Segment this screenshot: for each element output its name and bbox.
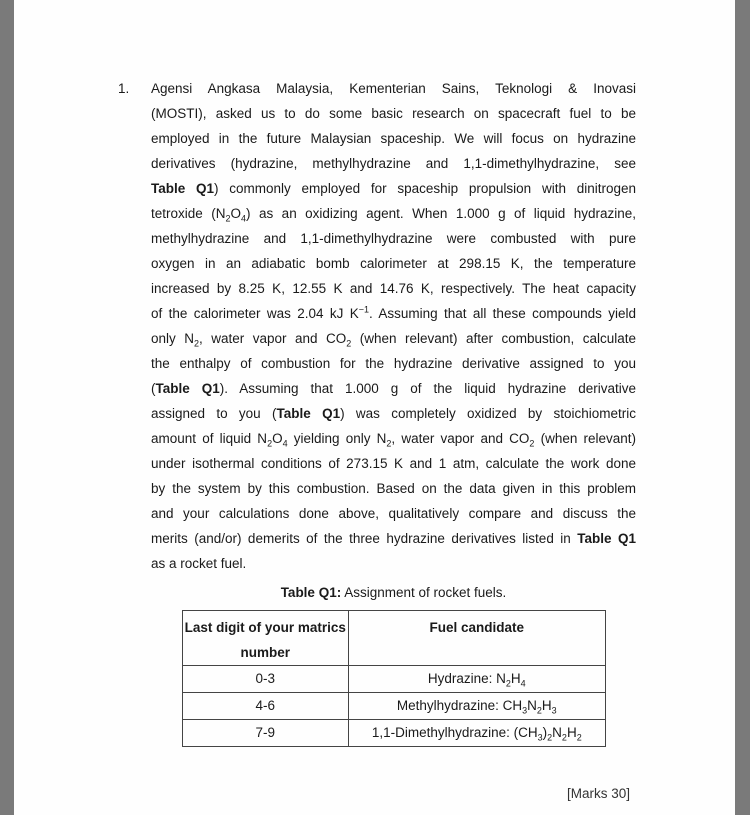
header-last-digit: Last digit of your matrics number — [183, 611, 349, 666]
digit-range-cell: 4-6 — [183, 693, 349, 720]
text-line: as a rocket fuel. — [151, 551, 636, 576]
digit-range-cell: 0-3 — [183, 666, 349, 693]
text-line: merits (and/or) demerits of the three hy… — [151, 526, 636, 551]
table-caption-label: Table Q1: — [281, 585, 342, 600]
text-line: tetroxide (N2O4) as an oxidizing agent. … — [151, 201, 636, 226]
text-line: assigned to you (Table Q1) was completel… — [151, 401, 636, 426]
table-row: 4-6Methylhydrazine: CH3N2H3 — [183, 693, 606, 720]
text-line: Table Q1) commonly employed for spaceshi… — [151, 176, 636, 201]
text-line: the enthalpy of combustion for the hydra… — [151, 351, 636, 376]
text-line: (MOSTI), asked us to do some basic resea… — [151, 101, 636, 126]
text-line: of the calorimeter was 2.04 kJ K−1. Assu… — [151, 301, 636, 326]
question-text: Agensi Angkasa Malaysia, Kementerian Sai… — [151, 76, 636, 576]
fuel-candidate-cell: Methylhydrazine: CH3N2H3 — [348, 693, 605, 720]
text-line: Agensi Angkasa Malaysia, Kementerian Sai… — [151, 76, 636, 101]
text-line: only N2, water vapor and CO2 (when relev… — [151, 326, 636, 351]
header-fuel-candidate: Fuel candidate — [348, 611, 605, 666]
text-line: by the system by this combustion. Based … — [151, 476, 636, 501]
digit-range-cell: 7-9 — [183, 720, 349, 747]
table-header-row: Last digit of your matrics number Fuel c… — [183, 611, 606, 666]
text-line: derivatives (hydrazine, methylhydrazine … — [151, 151, 636, 176]
document-page: 1. Agensi Angkasa Malaysia, Kementerian … — [14, 0, 735, 815]
fuel-candidate-cell: 1,1-Dimethylhydrazine: (CH3)2N2H2 — [348, 720, 605, 747]
text-line: employed in the future Malaysian spacesh… — [151, 126, 636, 151]
table-caption: Table Q1: Assignment of rocket fuels. — [182, 585, 605, 600]
text-line: methylhydrazine and 1,1-dimethylhydrazin… — [151, 226, 636, 251]
marks-label: [Marks 30] — [567, 786, 630, 801]
text-line: (Table Q1). Assuming that 1.000 g of the… — [151, 376, 636, 401]
fuel-assignment-table: Last digit of your matrics number Fuel c… — [182, 610, 606, 747]
question-number: 1. — [118, 76, 129, 101]
text-line: amount of liquid N2O4 yielding only N2, … — [151, 426, 636, 451]
text-line: and your calculations done above, qualit… — [151, 501, 636, 526]
text-line: under isothermal conditions of 273.15 K … — [151, 451, 636, 476]
table-caption-text: Assignment of rocket fuels. — [341, 585, 506, 600]
text-line: increased by 8.25 K, 12.55 K and 14.76 K… — [151, 276, 636, 301]
table-row: 0-3Hydrazine: N2H4 — [183, 666, 606, 693]
table-row: 7-91,1-Dimethylhydrazine: (CH3)2N2H2 — [183, 720, 606, 747]
fuel-candidate-cell: Hydrazine: N2H4 — [348, 666, 605, 693]
text-line: oxygen in an adiabatic bomb calorimeter … — [151, 251, 636, 276]
